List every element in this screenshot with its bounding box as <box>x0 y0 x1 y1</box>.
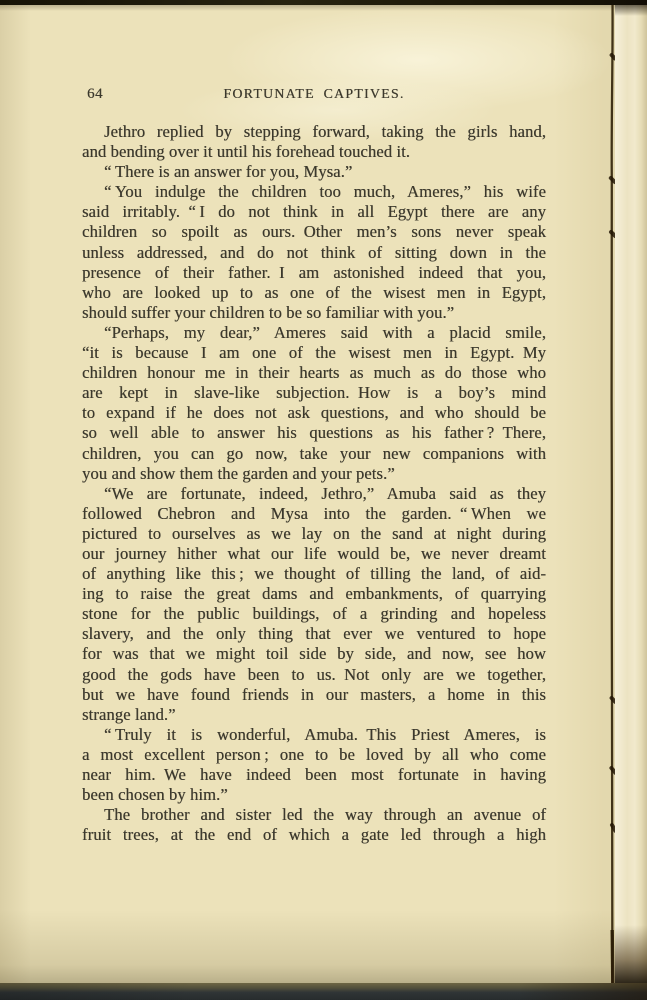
running-title: FORTUNATE CAPTIVES. <box>82 86 546 102</box>
text-line: The brother and sister led the way throu… <box>82 805 546 825</box>
text-line: “Perhaps, my dear,” Ameres said with a p… <box>82 323 546 343</box>
scan-top-band <box>0 0 647 5</box>
text-line: but we have found friends in our masters… <box>82 685 546 705</box>
paragraph: Jethro replied by stepping forward, taki… <box>82 122 546 162</box>
text-line: children so spoilt as ours. Other men’s … <box>82 222 546 242</box>
scanned-page: 64 FORTUNATE CAPTIVES. Jethro replied by… <box>0 0 615 1000</box>
text-line: who are looked up to as one of the wises… <box>82 283 546 303</box>
text-line: followed Chebron and Mysa into the garde… <box>82 504 546 524</box>
book-fore-edge <box>615 0 647 1000</box>
page-content: 64 FORTUNATE CAPTIVES. Jethro replied by… <box>82 86 546 845</box>
text-line: children, you can go now, take your new … <box>82 444 546 464</box>
text-line: for was that we might toil side by side,… <box>82 644 546 664</box>
text-line: ing to raise the great dams and embankme… <box>82 584 546 604</box>
text-line: “ There is an answer for you, Mysa.” <box>82 162 546 182</box>
text-line: of anything like this ; we thought of ti… <box>82 564 546 584</box>
text-line: you and show them the garden and your pe… <box>82 464 546 484</box>
text-line: our journey hither what our life would b… <box>82 544 546 564</box>
text-line: good the gods have been to us. Not only … <box>82 665 546 685</box>
text-line: pictured to ourselves as we lay on the s… <box>82 524 546 544</box>
running-header: 64 FORTUNATE CAPTIVES. <box>82 86 546 103</box>
paragraph: “Perhaps, my dear,” Ameres said with a p… <box>82 323 546 484</box>
body-text: Jethro replied by stepping forward, taki… <box>82 122 546 845</box>
text-line: Jethro replied by stepping forward, taki… <box>82 122 546 142</box>
text-line: fruit trees, at the end of which a gate … <box>82 825 546 845</box>
scan-bottom-band <box>0 983 647 1000</box>
text-line: unless addressed, and do not think of si… <box>82 243 546 263</box>
page-number: 64 <box>87 86 103 103</box>
paragraph: “ You indulge the children too much, Ame… <box>82 182 546 323</box>
text-line: so well able to answer his questions as … <box>82 423 546 443</box>
text-line: are kept in slave-like subjection. How i… <box>82 383 546 403</box>
text-line: a most excellent person ; one to be love… <box>82 745 546 765</box>
text-line: near him. We have indeed been most fortu… <box>82 765 546 785</box>
paragraph: “ There is an answer for you, Mysa.” <box>82 162 546 182</box>
paragraph: “ Truly it is wonderful, Amuba. This Pri… <box>82 725 546 805</box>
text-line: should suffer your children to be so fam… <box>82 303 546 323</box>
text-line: strange land.” <box>82 705 546 725</box>
text-line: “ You indulge the children too much, Ame… <box>82 182 546 202</box>
text-line: said irritably. “ I do not think in all … <box>82 202 546 222</box>
text-line: to expand if he does not ask questions, … <box>82 403 546 423</box>
text-line: stone for the public buildings, of a gri… <box>82 604 546 624</box>
text-line: “it is because I am one of the wisest me… <box>82 343 546 363</box>
paragraph: The brother and sister led the way throu… <box>82 805 546 845</box>
paragraph: “We are fortunate, indeed, Jethro,” Amub… <box>82 484 546 725</box>
text-line: slavery, and the only thing that ever we… <box>82 624 546 644</box>
text-line: been chosen by him.” <box>82 785 546 805</box>
text-line: presence of their father. I am astonishe… <box>82 263 546 283</box>
text-line: children honour me in their hearts as mu… <box>82 363 546 383</box>
text-line: “We are fortunate, indeed, Jethro,” Amub… <box>82 484 546 504</box>
text-line: and bending over it until his forehead t… <box>82 142 546 162</box>
text-line: “ Truly it is wonderful, Amuba. This Pri… <box>82 725 546 745</box>
